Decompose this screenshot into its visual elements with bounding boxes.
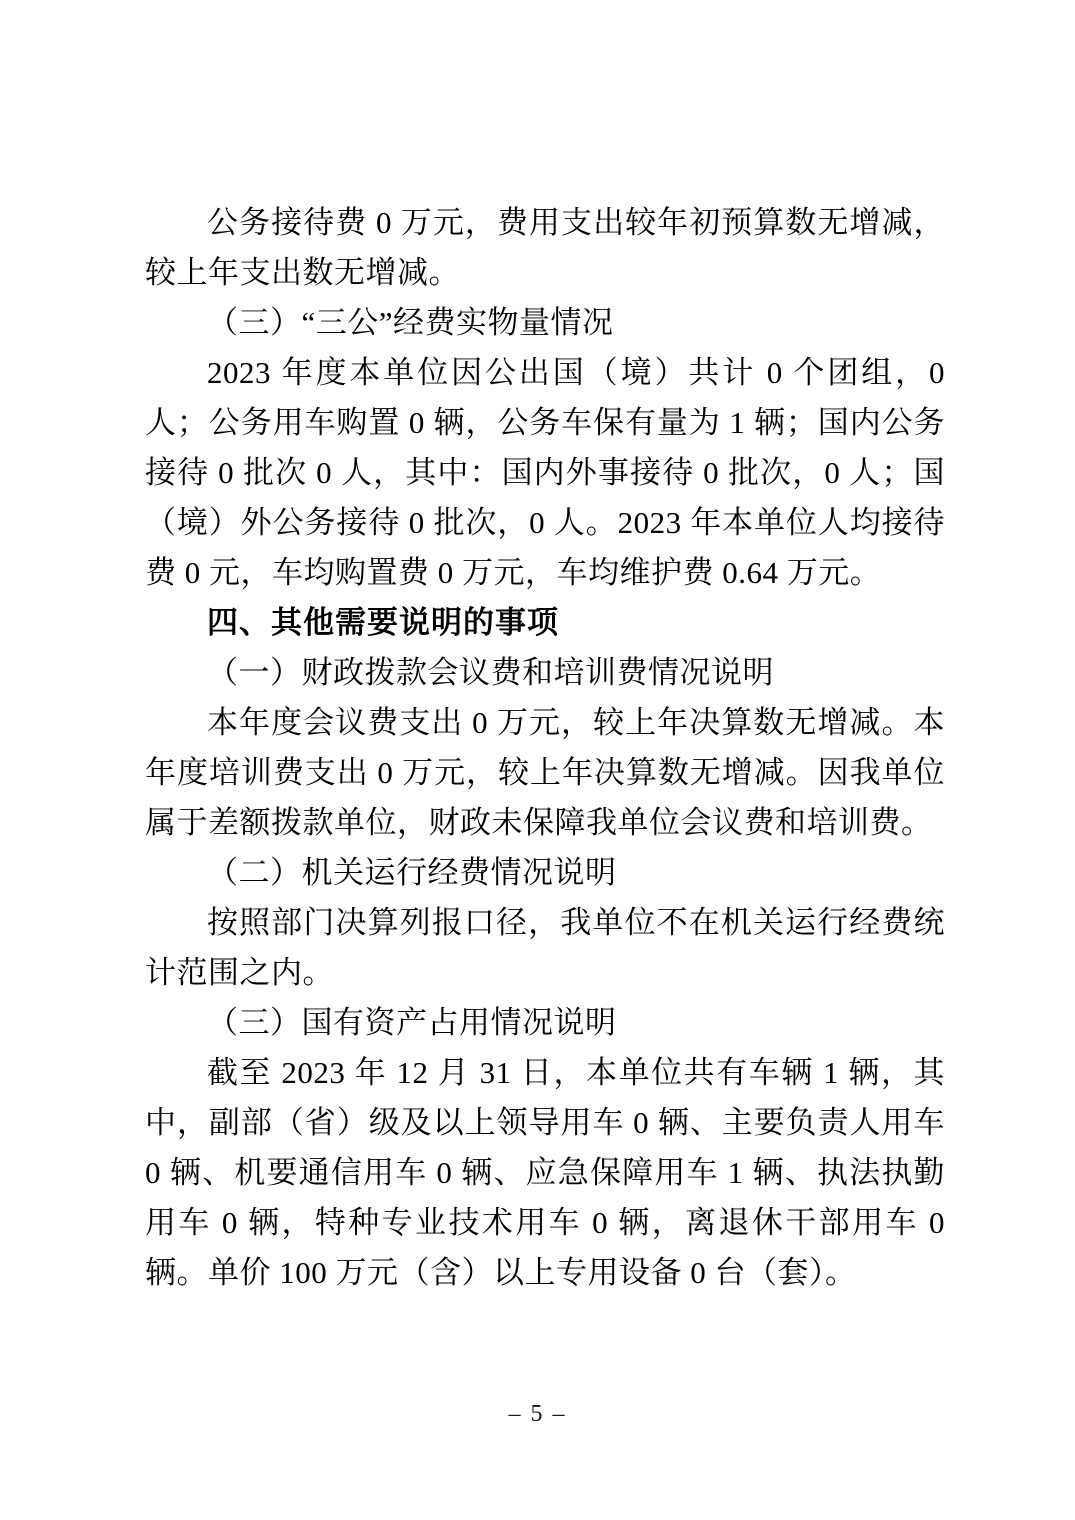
heading-meeting-training-fee: （一）财政拨款会议费和培训费情况说明 xyxy=(145,648,945,698)
paragraph-state-assets-occupancy: 截至 2023 年 12 月 31 日，本单位共有车辆 1 辆，其中，副部（省）… xyxy=(145,1048,945,1298)
paragraph-agency-operation-expense: 按照部门决算列报口径，我单位不在机关运行经费统计范围之内。 xyxy=(145,898,945,998)
paragraph-three-public-details: 2023 年度本单位因公出国（境）共计 0 个团组，0 人；公务用车购置 0 辆… xyxy=(145,348,945,598)
document-page: 公务接待费 0 万元，费用支出较年初预算数无增减，较上年支出数无增减。 （三）“… xyxy=(0,0,1075,1520)
heading-three-public-physical-quantity: （三）“三公”经费实物量情况 xyxy=(145,298,945,348)
heading-agency-operation-expense: （二）机关运行经费情况说明 xyxy=(145,848,945,898)
paragraph-official-reception-expense: 公务接待费 0 万元，费用支出较年初预算数无增减，较上年支出数无增减。 xyxy=(145,198,945,298)
heading-state-assets-occupancy: （三）国有资产占用情况说明 xyxy=(145,998,945,1048)
heading-other-matters: 四、其他需要说明的事项 xyxy=(145,598,945,648)
document-body: 公务接待费 0 万元，费用支出较年初预算数无增减，较上年支出数无增减。 （三）“… xyxy=(145,198,945,1298)
page-number: – 5 – xyxy=(0,1398,1075,1430)
paragraph-meeting-training-fee: 本年度会议费支出 0 万元，较上年决算数无增减。本年度培训费支出 0 万元，较上… xyxy=(145,698,945,848)
